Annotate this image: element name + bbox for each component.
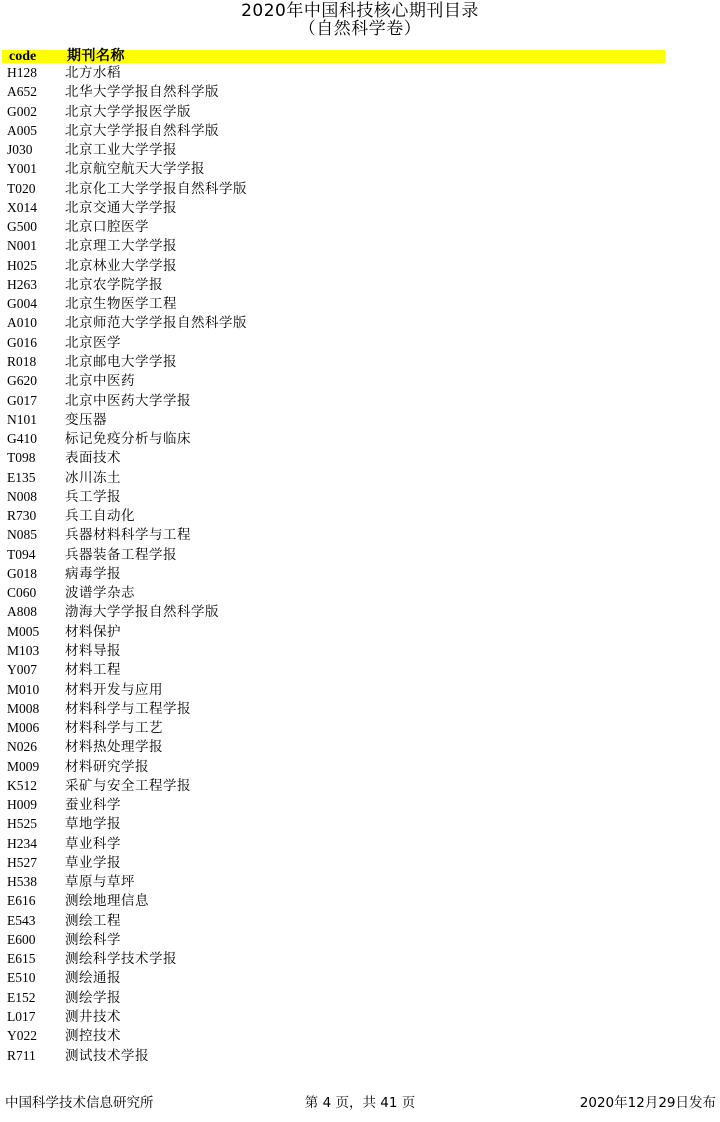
table-row: E135 冰川冻土: [0, 468, 720, 487]
row-name: 北京口腔医学: [65, 217, 149, 236]
row-name: 草地学报: [65, 814, 121, 833]
table-row: H009 蚕业科学: [0, 795, 720, 814]
table-row: G017 北京中医药大学学报: [0, 391, 720, 410]
table-row: R711 测试技术学报: [0, 1046, 720, 1065]
row-code: N085: [7, 525, 37, 544]
row-name: 北京大学学报医学版: [65, 102, 191, 121]
page-footer: 中国科学技术信息研究所 第 4 页，共 41 页 2020年12月29日发布: [0, 1094, 720, 1112]
table-row: E615 测绘科学技术学报: [0, 949, 720, 968]
table-row: J030 北京工业大学学报: [0, 140, 720, 159]
footer-release-date: 2020年12月29日发布: [580, 1094, 716, 1112]
row-name: 测绘通报: [65, 968, 121, 987]
table-header-row: code 期刊名称: [2, 50, 665, 63]
table-row: N026 材料热处理学报: [0, 737, 720, 756]
row-name: 北京林业大学学报: [65, 256, 177, 275]
table-row: A808 渤海大学学报自然科学版: [0, 602, 720, 621]
table-row: A005 北京大学学报自然科学版: [0, 121, 720, 140]
table-row: T094 兵器装备工程学报: [0, 545, 720, 564]
row-code: M008: [7, 699, 39, 718]
row-code: H025: [7, 256, 37, 275]
row-code: G500: [7, 217, 37, 236]
row-name: 病毒学报: [65, 564, 121, 583]
journal-table: code 期刊名称 H128 北方水稻 A652 北华大学学报自然科学版 G00…: [0, 50, 720, 1065]
row-name: 测绘科学: [65, 930, 121, 949]
row-code: N001: [7, 236, 37, 255]
row-code: A808: [7, 602, 37, 621]
table-row: E543 测绘工程: [0, 911, 720, 930]
row-code: H263: [7, 275, 37, 294]
table-row: E600 测绘科学: [0, 930, 720, 949]
row-code: E510: [7, 968, 36, 987]
row-name: 北京师范大学学报自然科学版: [65, 313, 247, 332]
table-row: Y001 北京航空航天大学学报: [0, 159, 720, 178]
row-name: 材料研究学报: [65, 757, 149, 776]
row-name: 北京理工大学学报: [65, 236, 177, 255]
row-code: C060: [7, 583, 36, 602]
row-code: G017: [7, 391, 37, 410]
row-code: H009: [7, 795, 37, 814]
row-name: 兵工自动化: [65, 506, 135, 525]
table-row: N085 兵器材料科学与工程: [0, 525, 720, 544]
row-code: H525: [7, 814, 37, 833]
table-row: H234 草业科学: [0, 834, 720, 853]
row-name: 北京交通大学学报: [65, 198, 177, 217]
row-code: N008: [7, 487, 37, 506]
journal-table-body: H128 北方水稻 A652 北华大学学报自然科学版 G002 北京大学学报医学…: [0, 63, 720, 1065]
table-row: M006 材料科学与工艺: [0, 718, 720, 737]
row-name: 北华大学学报自然科学版: [65, 82, 219, 101]
row-code: A005: [7, 121, 37, 140]
row-code: R711: [7, 1046, 36, 1065]
row-name: 北京农学院学报: [65, 275, 163, 294]
row-name: 蚕业科学: [65, 795, 121, 814]
row-name: 兵工学报: [65, 487, 121, 506]
table-row: G004 北京生物医学工程: [0, 294, 720, 313]
table-row: M010 材料开发与应用: [0, 680, 720, 699]
row-name: 测绘科学技术学报: [65, 949, 177, 968]
table-row: A652 北华大学学报自然科学版: [0, 82, 720, 101]
table-row: M008 材料科学与工程学报: [0, 699, 720, 718]
row-code: L017: [7, 1007, 36, 1026]
document-page: 2020年中国科技核心期刊目录 （自然科学卷） code 期刊名称 H128 北…: [0, 0, 720, 1065]
table-row: X014 北京交通大学学报: [0, 198, 720, 217]
row-code: G002: [7, 102, 37, 121]
row-name: 波谱学杂志: [65, 583, 135, 602]
table-row: N101 变压器: [0, 410, 720, 429]
row-name: 测绘地理信息: [65, 891, 149, 910]
row-name: 材料科学与工艺: [65, 718, 163, 737]
row-name: 渤海大学学报自然科学版: [65, 602, 219, 621]
table-row: R018 北京邮电大学学报: [0, 352, 720, 371]
table-row: M103 材料导报: [0, 641, 720, 660]
table-row: G620 北京中医药: [0, 371, 720, 390]
row-name: 北京大学学报自然科学版: [65, 121, 219, 140]
row-name: 测控技术: [65, 1026, 121, 1045]
row-code: E135: [7, 468, 36, 487]
row-name: 标记免疫分析与临床: [65, 429, 191, 448]
row-code: A652: [7, 82, 37, 101]
row-code: A010: [7, 313, 37, 332]
row-name: 材料保护: [65, 622, 121, 641]
table-row: E152 测绘学报: [0, 988, 720, 1007]
table-row: G018 病毒学报: [0, 564, 720, 583]
row-code: R018: [7, 352, 36, 371]
row-code: N101: [7, 410, 37, 429]
header-code-label: code: [9, 50, 36, 63]
table-row: G410 标记免疫分析与临床: [0, 429, 720, 448]
row-code: E152: [7, 988, 36, 1007]
row-code: G620: [7, 371, 37, 390]
row-code: T020: [7, 179, 36, 198]
row-name: 表面技术: [65, 448, 121, 467]
row-name: 材料导报: [65, 641, 121, 660]
row-code: N026: [7, 737, 37, 756]
row-code: H234: [7, 834, 37, 853]
row-name: 兵器装备工程学报: [65, 545, 177, 564]
table-row: E510 测绘通报: [0, 968, 720, 987]
row-code: G004: [7, 294, 37, 313]
page-title: 2020年中国科技核心期刊目录: [0, 0, 720, 20]
row-code: M103: [7, 641, 39, 660]
row-name: 草业学报: [65, 853, 121, 872]
row-name: 北京工业大学学报: [65, 140, 177, 159]
row-code: J030: [7, 140, 33, 159]
table-row: H025 北京林业大学学报: [0, 256, 720, 275]
table-row: N001 北京理工大学学报: [0, 236, 720, 255]
row-code: R730: [7, 506, 36, 525]
row-name: 草原与草坪: [65, 872, 135, 891]
table-row: L017 测井技术: [0, 1007, 720, 1026]
row-code: M006: [7, 718, 39, 737]
row-code: G018: [7, 564, 37, 583]
row-name: 材料科学与工程学报: [65, 699, 191, 718]
table-row: N008 兵工学报: [0, 487, 720, 506]
row-name: 北京中医药: [65, 371, 135, 390]
row-code: G410: [7, 429, 37, 448]
row-code: H527: [7, 853, 37, 872]
row-code: H128: [7, 63, 37, 82]
row-name: 北京邮电大学学报: [65, 352, 177, 371]
row-name: 材料热处理学报: [65, 737, 163, 756]
row-code: T098: [7, 448, 36, 467]
row-code: Y022: [7, 1026, 37, 1045]
table-row: K512 采矿与安全工程学报: [0, 776, 720, 795]
row-code: M009: [7, 757, 39, 776]
row-code: G016: [7, 333, 37, 352]
row-code: E616: [7, 891, 36, 910]
row-code: Y001: [7, 159, 37, 178]
row-code: H538: [7, 872, 37, 891]
row-name: 冰川冻土: [65, 468, 121, 487]
row-code: Y007: [7, 660, 37, 679]
row-name: 材料开发与应用: [65, 680, 163, 699]
table-row: H525 草地学报: [0, 814, 720, 833]
table-row: Y022 测控技术: [0, 1026, 720, 1045]
table-row: H538 草原与草坪: [0, 872, 720, 891]
row-name: 北京化工大学学报自然科学版: [65, 179, 247, 198]
table-row: T098 表面技术: [0, 448, 720, 467]
table-row: H527 草业学报: [0, 853, 720, 872]
row-name: 材料工程: [65, 660, 121, 679]
row-name: 北方水稻: [65, 63, 121, 82]
row-name: 北京中医药大学学报: [65, 391, 191, 410]
row-code: E615: [7, 949, 36, 968]
row-code: M005: [7, 622, 39, 641]
row-name: 采矿与安全工程学报: [65, 776, 191, 795]
page-subtitle: （自然科学卷）: [0, 20, 720, 38]
table-row: H263 北京农学院学报: [0, 275, 720, 294]
row-code: M010: [7, 680, 39, 699]
row-code: E600: [7, 930, 36, 949]
table-row: E616 测绘地理信息: [0, 891, 720, 910]
row-name: 北京生物医学工程: [65, 294, 177, 313]
row-name: 草业科学: [65, 834, 121, 853]
table-row: A010 北京师范大学学报自然科学版: [0, 313, 720, 332]
table-row: H128 北方水稻: [0, 63, 720, 82]
table-row: R730 兵工自动化: [0, 506, 720, 525]
table-row: M009 材料研究学报: [0, 757, 720, 776]
row-code: K512: [7, 776, 37, 795]
row-name: 测井技术: [65, 1007, 121, 1026]
row-name: 北京医学: [65, 333, 121, 352]
row-code: T094: [7, 545, 36, 564]
row-name: 兵器材料科学与工程: [65, 525, 191, 544]
table-row: T020 北京化工大学学报自然科学版: [0, 179, 720, 198]
table-row: G016 北京医学: [0, 333, 720, 352]
row-name: 北京航空航天大学学报: [65, 159, 205, 178]
table-row: Y007 材料工程: [0, 660, 720, 679]
row-name: 测绘学报: [65, 988, 121, 1007]
row-code: X014: [7, 198, 37, 217]
row-code: E543: [7, 911, 36, 930]
row-name: 测绘工程: [65, 911, 121, 930]
row-name: 测试技术学报: [65, 1046, 149, 1065]
table-row: M005 材料保护: [0, 622, 720, 641]
table-row: G002 北京大学学报医学版: [0, 102, 720, 121]
table-row: C060 波谱学杂志: [0, 583, 720, 602]
row-name: 变压器: [65, 410, 107, 429]
table-row: G500 北京口腔医学: [0, 217, 720, 236]
header-journal-name-label: 期刊名称: [67, 50, 125, 63]
